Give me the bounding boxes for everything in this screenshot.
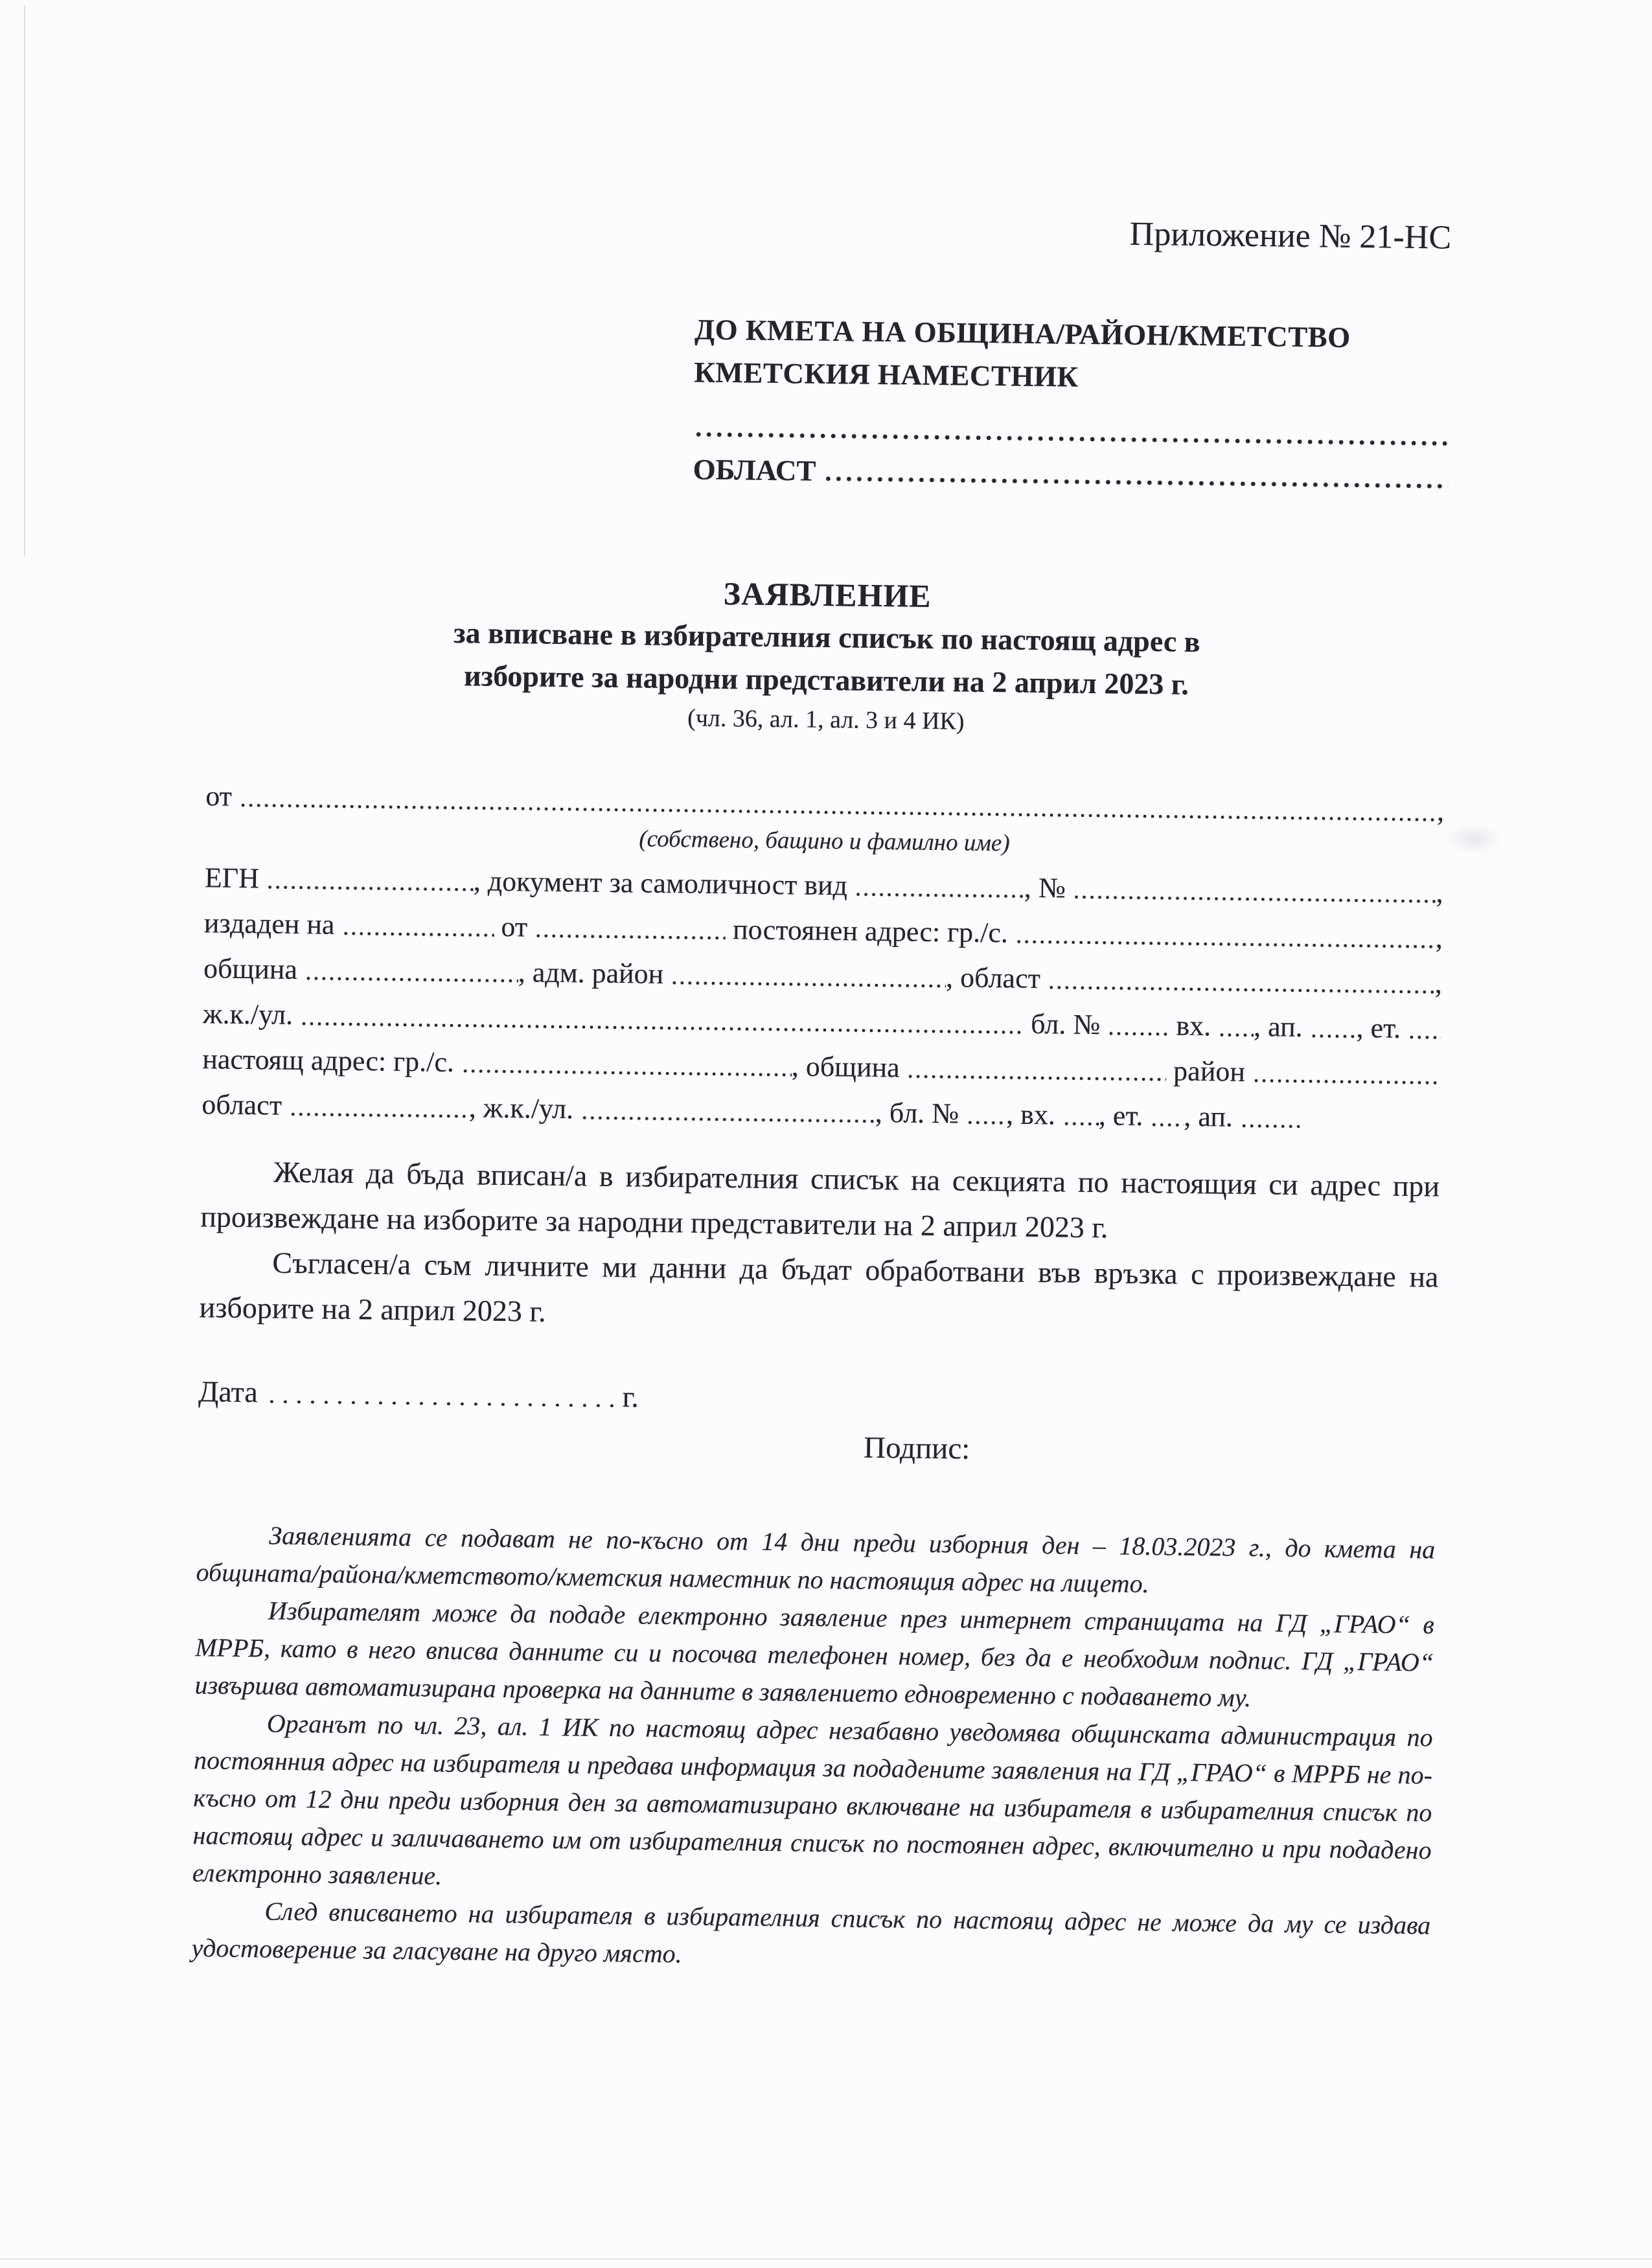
dotted-blank-field: [966, 1119, 1006, 1127]
dotted-blank-field: [266, 884, 474, 894]
dotted-blank-field: [1062, 1120, 1099, 1128]
scan-smudge-artifact: [1445, 823, 1503, 855]
form-field-label: , ап.: [1184, 1096, 1240, 1138]
form-field-label: , ап.: [1254, 1006, 1310, 1048]
form-field-label: ж.к./ул.: [203, 994, 301, 1037]
date-blank-field: [265, 1398, 615, 1410]
form-field-label: постоянен адрес: гр./с.: [726, 910, 1016, 954]
form-field-label: , №: [1024, 867, 1073, 910]
form-field-label: район: [1166, 1051, 1252, 1094]
form-field-label: ,: [1435, 918, 1443, 959]
form-field-label: от: [205, 776, 239, 818]
dotted-blank-field: [1408, 1033, 1441, 1042]
form-field-label: ,: [1437, 791, 1445, 832]
declaration-paragraph: Желая да бъда вписан/а в избирателния сп…: [200, 1149, 1440, 1255]
form-field-label: , вх.: [1006, 1094, 1063, 1136]
footnote-paragraph: След вписването на избирателя в избирате…: [191, 1892, 1430, 1982]
dotted-blank-field: [534, 932, 726, 943]
dotted-blank-field: [855, 891, 1024, 900]
document-title-block: ЗАЯВЛЕНИЕ за вписване в избирателния спи…: [207, 566, 1447, 746]
scanned-document-page: Приложение № 21-НС ДО КМЕТА НА ОБЩИНА/РА…: [0, 0, 1652, 2268]
applicant-details-form: от ,(собствено, бащино и фамилно име)ЕГН…: [201, 772, 1445, 1141]
date-label: Дата: [198, 1370, 266, 1414]
dotted-blank-field: [1240, 1122, 1300, 1130]
form-field-label: бл. №: [1024, 1003, 1108, 1046]
annex-number: Приложение № 21-НС: [212, 203, 1452, 257]
dotted-blank-field: [1150, 1121, 1184, 1130]
form-field-label: , ж.к./ул.: [469, 1088, 581, 1130]
dotted-blank-field: [1073, 893, 1436, 906]
dotted-blank-field: [1048, 984, 1435, 996]
form-field-label: , община: [791, 1046, 907, 1089]
form-field-label: настоящ адрес: гр./с.: [202, 1039, 461, 1084]
form-field-label: община: [203, 948, 305, 991]
form-field-label: , адм. район: [518, 952, 671, 996]
dotted-blank-field: [304, 975, 518, 985]
form-field-label: ЕГН: [204, 858, 266, 900]
dotted-blank-field: [1015, 938, 1436, 951]
scan-edge-artifact: [0, 2258, 1652, 2260]
dotted-blank-field: [1309, 1033, 1356, 1041]
recipient-line-2: КМЕТСКИЯ НАМЕСТНИК: [694, 351, 1450, 404]
consent-paragraph: Съгласен/а съм личните ми данни да бъдат…: [199, 1239, 1439, 1345]
form-field-label: ,: [1436, 873, 1443, 914]
dotted-blank-field: [1218, 1031, 1254, 1040]
form-field-label: област: [201, 1084, 289, 1127]
dotted-blank-field: [289, 1110, 469, 1120]
document-content: Приложение № 21-НС ДО КМЕТА НА ОБЩИНА/РА…: [191, 0, 1454, 1982]
recipient-oblast-line: ОБЛАСТ: [693, 446, 1449, 498]
dotted-blank-field: [693, 429, 1449, 448]
form-field-label: от: [494, 906, 534, 948]
footnote-paragraph: Заявленията се подават не по-късно от 14…: [196, 1517, 1435, 1607]
scan-edge-artifact: [24, 5, 25, 556]
signature-label: Подпис:: [864, 1428, 1437, 1476]
oblast-label: ОБЛАСТ: [693, 450, 823, 490]
declaration-block: Желая да бъда вписан/а в избирателния сп…: [199, 1149, 1440, 1346]
dotted-blank-field: [1252, 1077, 1441, 1087]
date-suffix: г.: [615, 1375, 639, 1418]
form-field-label: , бл. №: [875, 1092, 967, 1135]
dotted-blank-field: [461, 1068, 792, 1079]
dotted-blank-field: [906, 1073, 1166, 1084]
dotted-blank-field: [300, 1020, 1024, 1037]
footnote-paragraph: Органът по чл. 23, ал. 1 ИК по настоящ а…: [192, 1704, 1433, 1907]
form-field-label: , ет.: [1356, 1007, 1408, 1049]
form-field-label: , област: [946, 957, 1048, 1000]
form-field-label: , ет.: [1099, 1095, 1151, 1138]
footnote-paragraph: Избирателят може да подаде електронно за…: [194, 1592, 1434, 1719]
form-field-label: , документ за самоличност вид: [473, 861, 855, 907]
dotted-blank-field: [580, 1114, 875, 1126]
dotted-blank-field: [671, 979, 946, 990]
footnotes-block: Заявленията се подават не по-късно от 14…: [191, 1517, 1435, 1982]
dotted-blank-field: [823, 474, 1448, 492]
dotted-blank-field: [1107, 1030, 1169, 1038]
form-field-label: издаден на: [204, 903, 342, 946]
dotted-blank-field: [341, 930, 494, 939]
recipient-block: ДО КМЕТА НА ОБЩИНА/РАЙОН/КМЕТСТВО КМЕТСК…: [693, 308, 1450, 498]
date-line: Дата г.: [198, 1366, 1438, 1428]
form-field-label: ,: [1435, 963, 1443, 1005]
form-field-label: вх.: [1169, 1005, 1219, 1048]
